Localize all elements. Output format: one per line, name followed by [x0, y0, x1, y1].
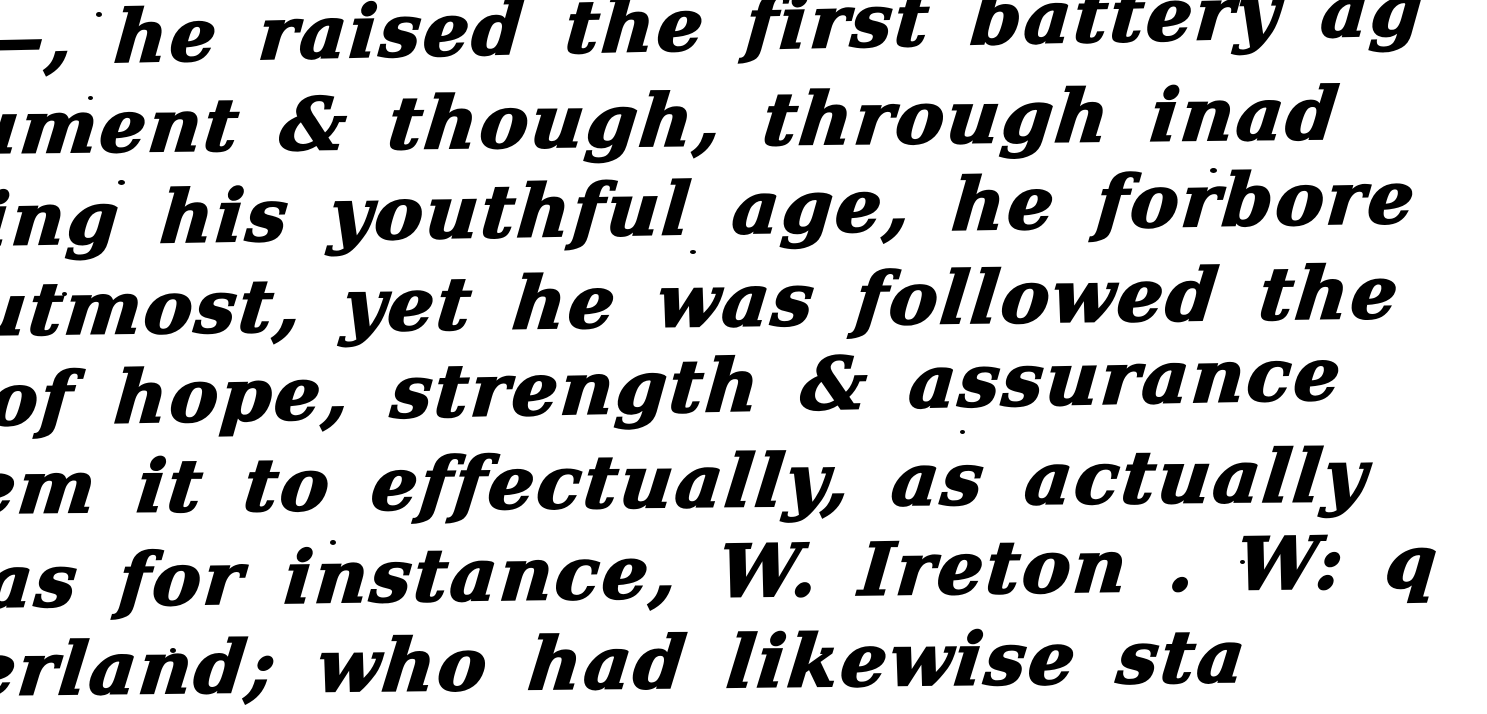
ink-speck: [1210, 168, 1217, 173]
ink-speck: [960, 430, 965, 434]
ink-speck: [330, 540, 336, 545]
ink-speck: [690, 250, 696, 254]
manuscript-line-8: erland; who had likewise sta: [0, 621, 1251, 706]
manuscript-line-6: em it to effectually, as actually: [0, 440, 1373, 524]
manuscript-line-2: ument & though, through inad: [0, 78, 1344, 164]
manuscript-line-7: as for instance, W. Ireton . W: q: [0, 526, 1443, 618]
ink-speck: [170, 648, 176, 653]
ink-speck: [62, 292, 67, 296]
manuscript-line-3: ing his youthful age, he forbore: [0, 161, 1420, 256]
ink-speck: [88, 96, 93, 100]
manuscript-line-5: of hope, strength & assurance: [0, 338, 1346, 436]
manuscript-page: —, he raised the first battery ag ument …: [0, 0, 1487, 714]
ink-speck: [1240, 560, 1245, 564]
manuscript-line-4: utmost, yet he was followed the: [0, 257, 1404, 347]
manuscript-line-1: —, he raised the first battery ag: [0, 0, 1428, 76]
ink-speck: [96, 12, 102, 17]
ink-speck: [118, 180, 125, 185]
